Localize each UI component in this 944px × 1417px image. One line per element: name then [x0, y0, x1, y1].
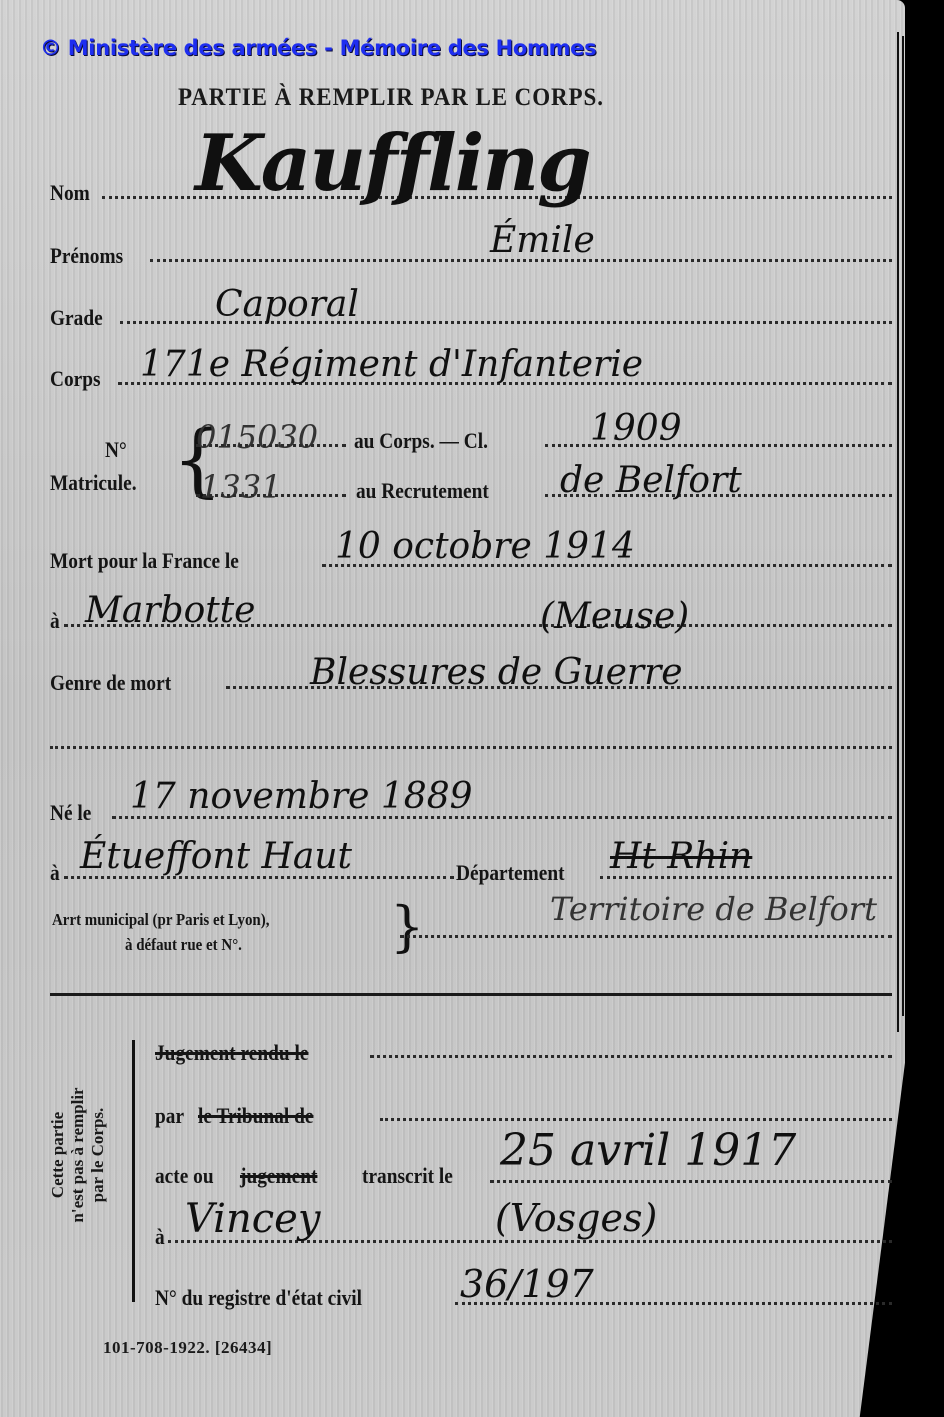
grade-label: Grade	[50, 305, 103, 331]
jugement-label: Jugement rendu le	[155, 1040, 308, 1066]
classe-value: 1909	[590, 408, 682, 449]
au-corps-label: au Corps. — Cl.	[354, 428, 488, 454]
transcrit-struck-label: jugement	[240, 1163, 317, 1189]
corps-label: Corps	[50, 366, 101, 392]
arrondissement-line	[400, 935, 892, 938]
ne-a-label: à	[50, 860, 60, 886]
side-note: Cette partie n'est pas à remplir par le …	[48, 1020, 108, 1290]
recrutement-number-line	[196, 494, 346, 497]
registre-label: N° du registre d'état civil	[155, 1285, 362, 1311]
corps-value: 171e Régiment d'Infanterie	[140, 344, 643, 385]
lieu-value: Vincey	[185, 1196, 320, 1242]
arrondissement-brace: }	[390, 900, 424, 954]
side-note-line-3: par le Corps.	[88, 1020, 108, 1290]
transcrit-prefix-label: acte ou	[155, 1163, 214, 1189]
tribunal-line	[380, 1118, 892, 1121]
lieu-label: à	[155, 1224, 165, 1250]
tribunal-prefix-label: par	[155, 1103, 184, 1129]
right-border-line	[897, 32, 899, 1032]
blank-line	[50, 746, 892, 749]
matricule-corps-line	[196, 444, 346, 447]
mort-lieu-department: (Meuse)	[540, 596, 689, 637]
transcrit-value: 25 avril 1917	[500, 1125, 796, 1176]
side-note-line-1: Cette partie	[48, 1020, 68, 1290]
registre-value: 36/197	[460, 1262, 594, 1306]
grade-value: Caporal	[215, 284, 359, 325]
form-header: PARTIE À REMPLIR PAR LE CORPS.	[178, 84, 604, 112]
tribunal-label: le Tribunal de	[198, 1103, 313, 1129]
mort-date-value: 10 octobre 1914	[335, 526, 635, 567]
departement-label: Département	[456, 860, 565, 886]
ne-le-label: Né le	[50, 800, 91, 826]
arrondissement-label-1: Arrt municipal (pr Paris et Lyon),	[52, 910, 269, 930]
prenoms-label: Prénoms	[50, 243, 123, 269]
nom-value: Kauffling	[195, 118, 590, 209]
mort-date-label: Mort pour la France le	[50, 548, 239, 574]
right-border-line-outer	[902, 36, 904, 1016]
transcrit-label: transcrit le	[362, 1163, 453, 1189]
arrondissement-label-2: à défaut rue et N°.	[125, 935, 242, 955]
mort-lieu-value: Marbotte	[85, 590, 256, 631]
matricule-label: Matricule.	[50, 470, 137, 496]
side-note-bracket	[132, 1040, 135, 1302]
departement-value: Territoire de Belfort	[550, 890, 877, 928]
recrutement-number: 1331	[200, 468, 281, 506]
jugement-line	[370, 1055, 892, 1058]
ne-le-value: 17 novembre 1889	[130, 776, 473, 817]
ne-a-value: Étueffont Haut	[80, 836, 352, 877]
lieu-department: (Vosges)	[495, 1196, 657, 1240]
transcrit-line	[490, 1180, 892, 1183]
departement-struck-value: Ht Rhin	[610, 836, 752, 877]
death-record-card	[0, 0, 905, 1417]
mort-lieu-label: à	[50, 608, 60, 634]
nom-label: Nom	[50, 180, 90, 206]
au-recrutement-label: au Recrutement	[356, 478, 489, 504]
section-divider	[50, 993, 892, 996]
recrutement-value: de Belfort	[560, 460, 742, 501]
genre-de-mort-value: Blessures de Guerre	[310, 652, 683, 693]
side-note-line-2: n'est pas à remplir	[68, 1020, 88, 1290]
prenoms-value: Émile	[490, 220, 595, 261]
matricule-no-label: N°	[105, 437, 127, 463]
copyright-watermark: © Ministère des armées - Mémoire des Hom…	[40, 36, 596, 60]
genre-de-mort-label: Genre de mort	[50, 670, 171, 696]
matricule-corps-number: 015030	[196, 418, 318, 456]
form-reference: 101-708-1922. [26434]	[103, 1338, 272, 1358]
